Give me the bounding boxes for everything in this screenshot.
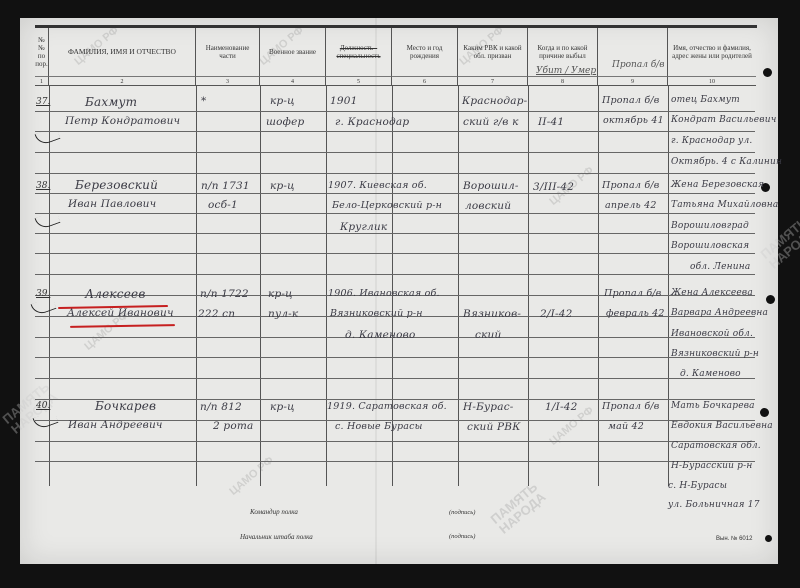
chief-label: Начальник штаба полка xyxy=(240,533,313,541)
header-col-5: Должность - специальность xyxy=(326,28,392,76)
relatives: Жена Алексеева xyxy=(671,288,753,298)
header-col-6: Место и год рождения xyxy=(392,28,458,76)
specialty: пул-к xyxy=(268,308,298,320)
relatives: с. Н-Бурасы xyxy=(668,481,727,491)
binder-hole xyxy=(760,408,769,417)
birth: с. Новые Бурасы xyxy=(335,421,423,432)
date-left: 2/I-42 xyxy=(540,308,572,320)
birth: Круглик xyxy=(340,221,387,233)
rvk: Вязников- xyxy=(463,308,521,320)
rvk: ловский xyxy=(465,200,511,212)
binder-hole xyxy=(765,535,772,542)
header-col-7: Каким РВК и какой обл. призван xyxy=(458,28,528,76)
unit: п/п 1722 xyxy=(200,288,249,300)
rvk: Н-Бурас- xyxy=(463,401,514,413)
rank: кр-ц xyxy=(270,95,295,107)
commander-label: Командир полка xyxy=(250,508,298,516)
relatives: д. Каменово xyxy=(680,369,741,379)
birth: д. Каменово xyxy=(345,329,416,341)
relatives: ул. Больничная 17 xyxy=(668,500,760,510)
rvk: Краснодар- xyxy=(462,95,527,107)
relatives: Татьяна Михайловна xyxy=(671,200,778,210)
rvk: ский г/в к xyxy=(463,116,519,128)
col-number: 8 xyxy=(528,76,598,86)
relatives: Ворошиловская xyxy=(671,241,749,251)
handwritten-header-8: Убит / Умер xyxy=(536,66,596,76)
col-number: 9 xyxy=(598,76,668,86)
reason: Пропал б/в xyxy=(604,288,661,299)
relatives: Ворошиловград xyxy=(671,221,749,231)
relatives: Н-Бурасский р-н xyxy=(671,461,753,471)
date-left: 1/I-42 xyxy=(545,401,577,413)
birth: 1907. Киевская об. xyxy=(328,180,427,191)
header-col-1: №№ по пор. xyxy=(35,28,49,76)
birth: Вязниковский р-н xyxy=(330,308,423,319)
relatives: Евдокия Васильевна xyxy=(671,421,773,431)
col-number: 1 xyxy=(35,76,49,86)
binder-hole xyxy=(766,295,775,304)
col-number: 6 xyxy=(392,76,458,86)
reason-date: февраль 42 xyxy=(606,308,665,319)
rank: кр-ц xyxy=(270,180,295,192)
row-number: 37. xyxy=(36,97,50,107)
row-number: 40. xyxy=(36,401,50,411)
date-left: II-41 xyxy=(538,116,564,128)
rvk: Ворошил- xyxy=(463,180,519,192)
col-number: 10 xyxy=(668,76,756,86)
col-number: 5 xyxy=(326,76,392,86)
col-number: 7 xyxy=(458,76,528,86)
col-number: 4 xyxy=(260,76,326,86)
surname: Березовский xyxy=(75,178,158,192)
unit: * xyxy=(201,95,206,107)
row-number: 38. xyxy=(36,181,50,191)
col-number: 2 xyxy=(49,76,196,86)
birth-place: г. Краснодар xyxy=(335,116,409,128)
date-left: 3/III-42 xyxy=(533,181,574,193)
first-patronymic: Петр Кондратович xyxy=(65,115,180,127)
relatives: Вязниковский р-н xyxy=(671,349,759,359)
col-number: 3 xyxy=(196,76,260,86)
unit: п/п 1731 xyxy=(201,180,250,192)
first-patronymic: Иван Павлович xyxy=(68,198,156,210)
binder-hole xyxy=(763,68,772,77)
relatives: Саратовская обл. xyxy=(671,441,761,451)
relatives: Варвара Андреевна xyxy=(671,308,768,318)
sheet-number: Вын. № 6012 xyxy=(716,536,752,542)
birth-year: 1901 xyxy=(330,95,358,107)
reason: Пропал б/в xyxy=(602,180,659,191)
surname: Бахмут xyxy=(85,95,137,109)
reason-date: апрель 42 xyxy=(605,200,657,211)
birth: 1919. Саратовская об. xyxy=(327,401,447,412)
rvk: ский xyxy=(475,329,501,341)
reason-date: октябрь 41 xyxy=(603,115,664,126)
relatives: г. Краснодар ул. xyxy=(671,136,752,146)
unit: п/п 812 xyxy=(200,401,242,413)
header-col-4: Военное звание xyxy=(260,28,326,76)
unit-sub: 222 сп xyxy=(198,308,235,320)
chief-signature: (подпись) xyxy=(449,533,475,540)
first-patronymic: Алексей Иванович xyxy=(67,307,174,319)
rank: кр-ц xyxy=(268,288,293,300)
relatives: Кондрат Васильевич xyxy=(671,115,777,125)
birth: 1906. Ивановская об. xyxy=(328,288,440,299)
reason: Пропал б/в xyxy=(602,401,659,412)
rvk: ский РВК xyxy=(467,421,521,433)
unit-sub: 2 рота xyxy=(213,420,253,432)
reason: Пропал б/в xyxy=(602,95,659,106)
relatives: отец Бахмут xyxy=(671,95,740,105)
relatives: Мать Бочкарева xyxy=(671,401,755,411)
unit-sub: осб-1 xyxy=(208,199,238,211)
reason-date: май 42 xyxy=(608,421,644,432)
relatives: Жена Березовская xyxy=(671,180,764,190)
rank: кр-ц xyxy=(270,401,295,413)
header-col-2: ФАМИЛИЯ, ИМЯ И ОТЧЕСТВО xyxy=(49,28,196,76)
commander-signature: (подпись) xyxy=(449,509,475,516)
relatives: Октябрь. 4 с Калинин xyxy=(671,157,782,167)
header-col-10: Имя, отчество и фамилия, адрес жены или … xyxy=(668,28,756,76)
first-patronymic: Иван Андреевич xyxy=(68,419,163,431)
birth: Бело-Церковский р-н xyxy=(332,200,442,211)
specialty: шофер xyxy=(266,116,304,128)
relatives: Ивановской обл. xyxy=(671,329,753,339)
header-col-3: Наименование части xyxy=(196,28,260,76)
surname: Алексеев xyxy=(85,287,146,301)
surname: Бочкарев xyxy=(95,399,156,413)
handwritten-header-9: Пропал б/в xyxy=(612,60,665,70)
relatives: обл. Ленина xyxy=(690,262,750,272)
